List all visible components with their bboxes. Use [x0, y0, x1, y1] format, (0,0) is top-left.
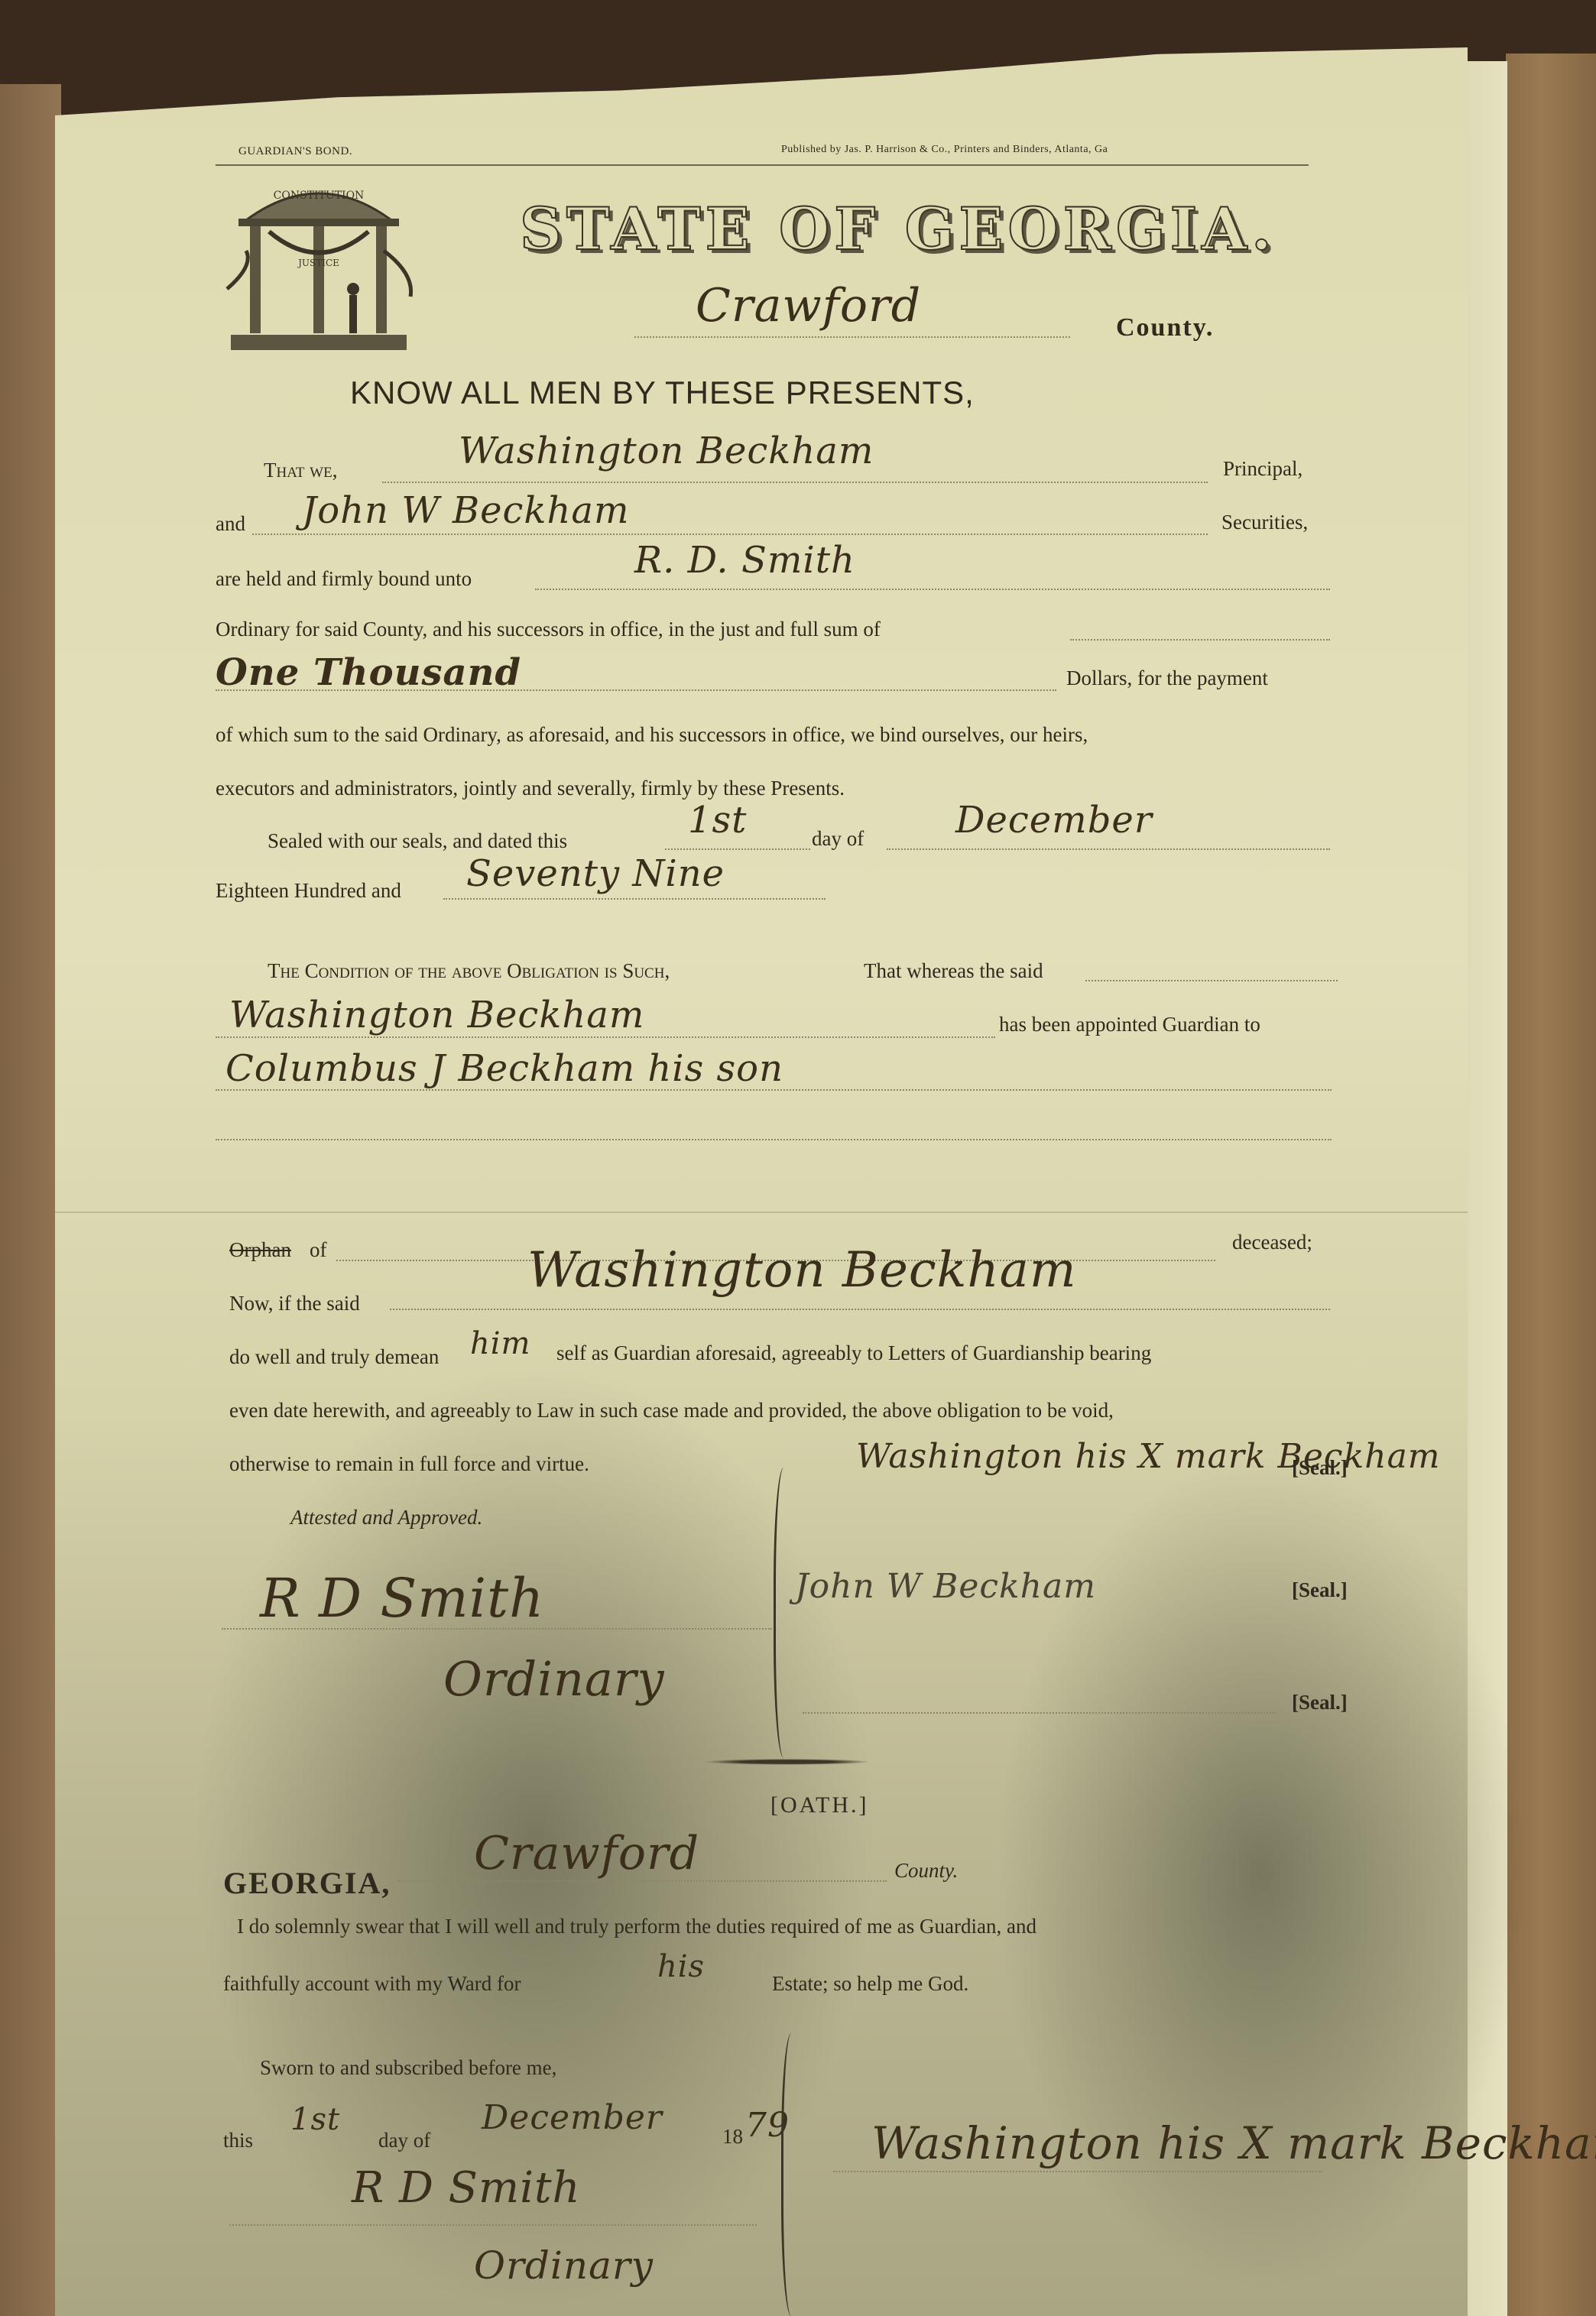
seal-label: [Seal.] [1292, 1578, 1348, 1602]
this-label: this [223, 2129, 253, 2152]
oath-ordinary-title: Ordinary [474, 2243, 654, 2288]
county-label: County. [1116, 313, 1214, 342]
publisher-line: Published by Jas. P. Harrison & Co., Pri… [781, 144, 1108, 156]
appointed-label: has been appointed Guardian to [999, 1013, 1260, 1036]
condition-intro: The Condition of the above Obligation is… [268, 959, 670, 983]
svg-text:JUSTICE: JUSTICE [297, 258, 339, 268]
georgia-seal-icon: CONSTITUTION JUSTICE [223, 174, 414, 354]
ordinary-line: Ordinary for said County, and his succes… [216, 618, 881, 641]
text-line: of which sum to the said Ordinary, as af… [216, 723, 1088, 747]
text-line: executors and administrators, jointly an… [216, 777, 845, 800]
oath-line: I do solemnly swear that I will well and… [237, 1915, 1036, 1938]
sum-rule [216, 689, 1056, 691]
deceased-label: deceased; [1232, 1231, 1312, 1254]
divider-ornament [703, 1759, 871, 1765]
held-bound-label: are held and firmly bound unto [216, 567, 472, 591]
oath-ordinary-signature: R D Smith [352, 2163, 581, 2213]
ordinary-rule [535, 589, 1330, 590]
rule [222, 1628, 772, 1630]
oath-county-handwritten: Crawford [474, 1827, 699, 1880]
oath-line-start: faithfully account with my Ward for [223, 1972, 521, 1996]
month-handwritten: December [955, 799, 1153, 842]
rule [397, 1880, 887, 1882]
ordinary-signature: R D Smith [260, 1567, 544, 1630]
oath-year-prefix: 18 [722, 2125, 743, 2149]
oath-heading: [OATH.] [770, 1792, 868, 1818]
condition-intro-rest: That whereas the said [864, 959, 1043, 983]
oath-day-of: day of [378, 2129, 430, 2152]
oath-county-label: County. [894, 1859, 958, 1883]
oath-line-end: Estate; so help me God. [772, 1972, 968, 1996]
securities-label: Securities, [1221, 511, 1308, 534]
rule [229, 2224, 757, 2226]
ordinary-name: R. D. Smith [634, 539, 855, 582]
dollars-label: Dollars, for the payment [1066, 667, 1268, 690]
rule [216, 1139, 1332, 1140]
securities-name: John W Beckham [302, 489, 630, 532]
sworn-label: Sworn to and subscribed before me, [260, 2056, 556, 2080]
demean-handwritten: him [470, 1326, 530, 1361]
of-label: of [310, 1238, 327, 1262]
ordinary-title: Ordinary [443, 1651, 665, 1707]
demean-rest: self as Guardian aforesaid, agreeably to… [556, 1341, 1151, 1365]
and-label: and [216, 512, 245, 536]
desk-surface-left [0, 84, 61, 2316]
preamble: KNOW ALL MEN BY THESE PRESENTS, [350, 375, 975, 411]
guardian-name: Washington Beckham [229, 994, 644, 1036]
desk-surface-right [1506, 54, 1596, 2316]
paper-fold [55, 1212, 1468, 1213]
rule [390, 1309, 1330, 1310]
oath-guardian-signature: Washington his X mark Beckham [871, 2117, 1596, 2169]
oath-state: GEORGIA, [223, 1865, 391, 1901]
rule [216, 1089, 1332, 1091]
oath-his-handwritten: his [657, 1949, 705, 1984]
sum-handwritten: One Thousand [216, 651, 521, 694]
text-line: otherwise to remain in full force and vi… [229, 1452, 589, 1476]
year-handwritten: Seventy Nine [466, 852, 725, 895]
sealed-label: Sealed with our seals, and dated this [268, 829, 567, 853]
seal-label: [Seal.] [1292, 1691, 1348, 1714]
header-rule [216, 164, 1309, 166]
sum-rule-top [1070, 639, 1330, 641]
securities-rule [252, 534, 1208, 535]
signature-line-empty [803, 1712, 1276, 1714]
now-name: Washington Beckham [527, 1242, 1077, 1299]
county-handwritten: Crawford [696, 279, 921, 332]
demean-label: do well and truly demean [229, 1345, 439, 1369]
oath-month-handwritten: December [482, 2098, 663, 2137]
oath-brace [781, 2033, 806, 2316]
orphan-label-struck: Orphan [229, 1238, 291, 1262]
page-title: STATE OF GEORGIA. [520, 195, 1276, 263]
signature-brace [774, 1468, 799, 1758]
text-line: even date herewith, and agreeably to Law… [229, 1399, 1114, 1422]
eighteen-label: Eighteen Hundred and [216, 879, 401, 903]
day-rule [665, 848, 810, 850]
rule [216, 1036, 995, 1038]
now-label: Now, if the said [229, 1292, 360, 1315]
attested-label: Attested and Approved. [290, 1506, 482, 1529]
svg-text:CONSTITUTION: CONSTITUTION [274, 190, 365, 202]
form-name: GUARDIAN'S BOND. [238, 145, 352, 158]
oath-day-handwritten: 1st [290, 2102, 340, 2137]
rule [1085, 980, 1338, 981]
month-rule [887, 848, 1330, 850]
day-of-label: day of [812, 827, 864, 851]
signature-principal: Washington his X mark Beckham [856, 1437, 1441, 1476]
county-rule [634, 336, 1070, 338]
principal-rule [382, 482, 1208, 483]
seal-label: [Seal.] [1292, 1456, 1348, 1480]
that-we-label: That we, [264, 459, 337, 482]
principal-name: Washington Beckham [459, 430, 874, 472]
ward-handwritten: Columbus J Beckham his son [225, 1047, 783, 1090]
signature-security: John W Beckham [795, 1567, 1096, 1606]
year-rule [443, 898, 826, 900]
rule [833, 2171, 1322, 2172]
day-handwritten: 1st [688, 799, 747, 842]
principal-label: Principal, [1223, 457, 1302, 481]
